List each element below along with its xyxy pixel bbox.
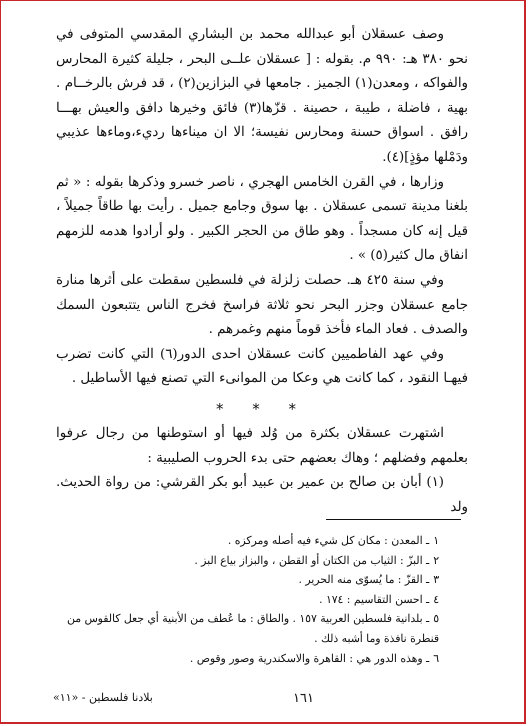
footnote-text: ـ وهذه الدور هي : القاهرة والاسكندرية وص… (190, 652, 429, 665)
footnote-number: ١ (433, 534, 439, 547)
footnote-item: ١ـ المعدن : مكان كل شيء فيه أصله ومركزه … (53, 531, 465, 551)
section-separator: * * * (56, 400, 468, 418)
footnote-number: ٥ (433, 612, 439, 625)
footnote-text: ـ احسن التقاسيم : ١٧٤ . (319, 593, 429, 606)
footnote-number: ٤ (433, 593, 439, 606)
body-text: وصف عسقلان أبو عبدالله محمد بن البشاري ا… (56, 23, 468, 520)
paragraph-notable-people: اشتهرت عسقلان بكثرة من وُلد فيها أو استو… (56, 422, 468, 471)
footnote-divider (326, 519, 461, 520)
page-frame: وصف عسقلان أبو عبدالله محمد بن البشاري ا… (0, 0, 526, 724)
footnote-number: ٦ (433, 652, 439, 665)
footnote-text: ـ المعدن : مكان كل شيء فيه أصله ومركزه . (228, 534, 429, 547)
footnote-item: ٦ـ وهذه الدور هي : القاهرة والاسكندرية و… (53, 649, 465, 669)
footnotes: ١ـ المعدن : مكان كل شيء فيه أصله ومركزه … (53, 531, 465, 668)
footnote-item: ٢ـ البزّ : الثياب من الكتان أو القطن ، و… (53, 551, 465, 571)
footnote-text: ـ البزّ : الثياب من الكتان أو القطن ، وا… (194, 554, 429, 567)
footnote-text: ـ القزّ : ما يُسوّى منه الحرير . (298, 573, 429, 586)
page-number: ١٦١ (293, 691, 314, 706)
footnote-number: ٣ (433, 573, 439, 586)
running-title: بلادنا فلسطين - «١١» (53, 691, 153, 704)
footnote-number: ٢ (433, 554, 439, 567)
footnote-item: ٣ـ القزّ : ما يُسوّى منه الحرير . (53, 570, 465, 590)
footnote-text: ـ بلدانية فلسطين العربية ١٥٧ . والطاق : … (67, 612, 439, 645)
paragraph-earthquake: وفي سنة ٤٢٥ هـ. حصلت زلزلة في فلسطين سقط… (56, 269, 468, 343)
paragraph-entry-1: (١) أبان بن صالح بن عمير بن عبيد أبو بكر… (56, 471, 468, 520)
paragraph-ascalon-description: وصف عسقلان أبو عبدالله محمد بن البشاري ا… (56, 23, 468, 171)
paragraph-fatimid-era: وفي عهد الفاطميين كانت عسقلان احدى الدور… (56, 343, 468, 392)
page-footer: ١٦١ بلادنا فلسطين - «١١» (53, 691, 463, 711)
footnote-item: ٤ـ احسن التقاسيم : ١٧٤ . (53, 590, 465, 610)
paragraph-nasir-khusraw: وزارها ، في القرن الخامس الهجري ، ناصر خ… (56, 171, 468, 269)
footnote-item: ٥ـ بلدانية فلسطين العربية ١٥٧ . والطاق :… (53, 609, 465, 648)
